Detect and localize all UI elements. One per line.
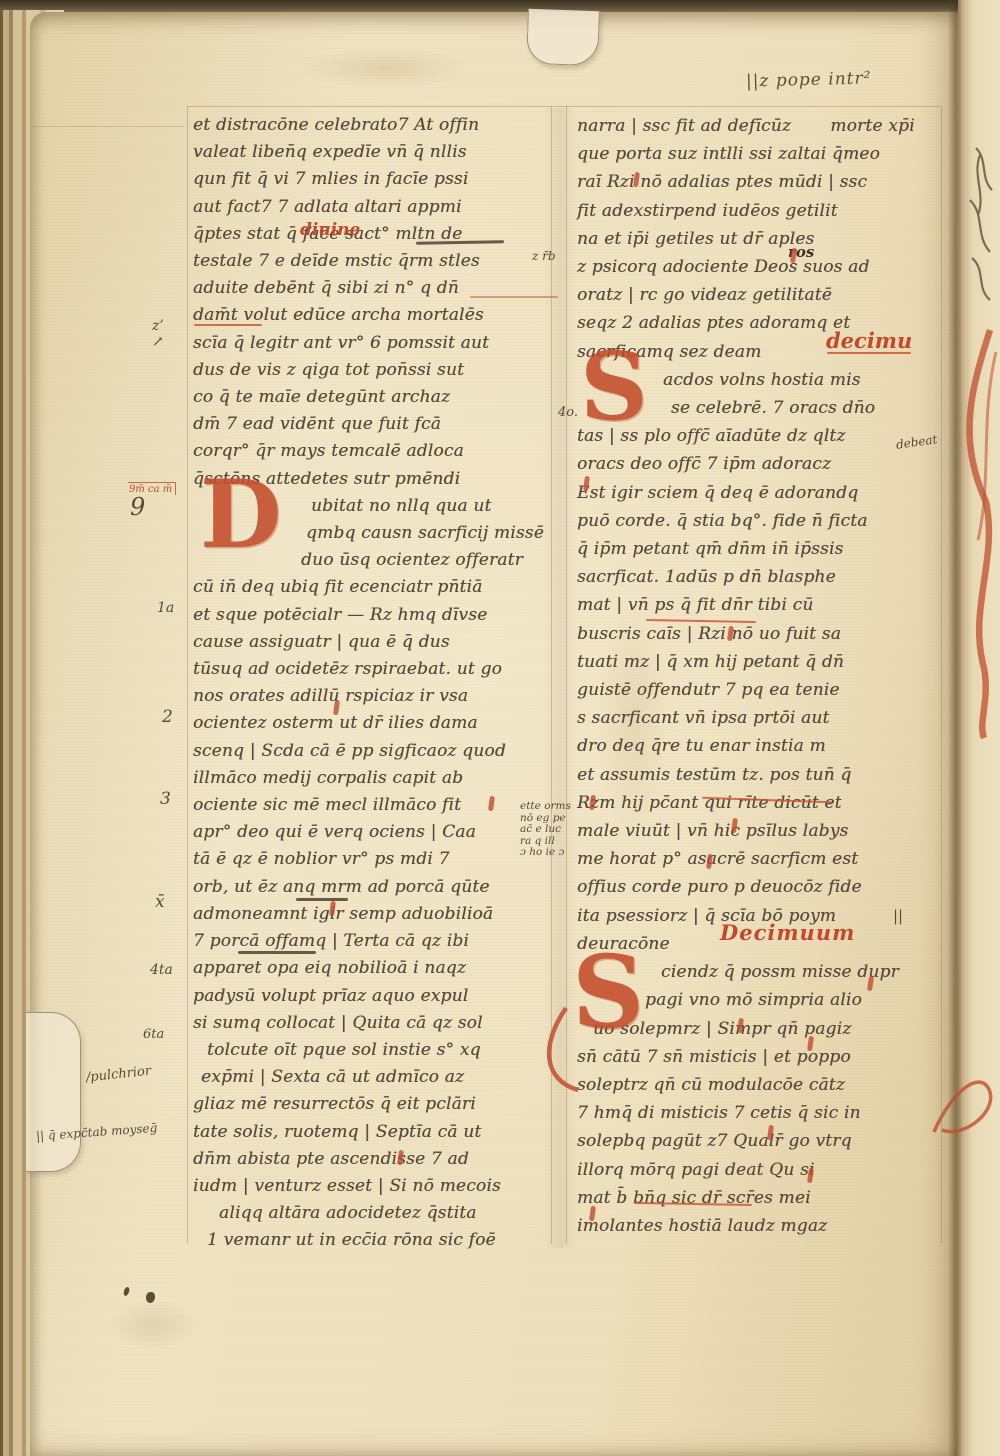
manuscript-line: Rzm hij pc̄ant qui rīte dicūt et [577,789,947,817]
manuscript-line: valeat liben̄q expedīe vn̄ q̄ nllis [193,139,557,166]
manuscript-line: aduite debēnt q̄ sibi zi n° q dn̄ [193,275,557,302]
manuscript-line: z psicorq adociente Deos suos ad [577,253,947,281]
folio-mark: ||z pope intr² [746,70,872,90]
manuscript-line: ociente sic mē mecl illmāco fit [193,792,557,819]
manuscript-line: dn̄m abista pte ascendisse 7 ad [193,1146,557,1173]
margin-mark-paragraph: z’ ↗ [152,318,164,350]
manuscript-line: ubitat no nllq qua ut [311,493,557,520]
manuscript-line: male viuūt | vn̄ hic psīlus labys [577,817,947,845]
manuscript-line: tate solis, ruotemq | Septīa cā ut [193,1119,557,1146]
manuscript-line: orb, ut ēz anq mrm ad porcā qūte [193,874,557,901]
manuscript-line: dro deq q̄re tu enar instia m [577,732,947,760]
manuscript-line: imolantes hostiā laudz mgaz [577,1212,947,1240]
manuscript-line: scīa q̄ legitr ant vr° 6 pomssit aut [193,330,557,357]
parchment-tab-left [26,1012,81,1172]
manuscript-line: 1 vemanr ut in ecc̄ia rōna sic foē [207,1227,557,1254]
margin-numeral-x: x̄ [155,893,165,913]
manuscript-line: apr° deo qui ē verq ociens | Caa [193,819,557,846]
manuscript-line: mat | vn̄ ps q̄ fit dn̄r tibi cū [577,591,947,619]
manuscript-line: et assumis testūm tz. pos tun̄ q̄ [577,761,947,789]
manuscript-line: exp̄mi | Sexta cā ut admīco az [201,1064,557,1091]
manuscript-line: iudm | venturz esset | Si nō mecois [193,1173,557,1200]
manuscript-line: se celebrē. 7 oracs dn̄o [671,394,947,422]
manuscript-line: buscris caīs | Rzi nō uo fuit sa [577,620,947,648]
manuscript-line: q̄ ip̄m petant qm̄ dn̄m in̄ ip̄ssis [577,535,947,563]
manuscript-line: sacrficat. 1adūs p dn̄ blasphe [577,563,947,591]
margin-numeral-4o: 4o. [558,406,578,421]
margin-numeral-1a: 1a [157,600,174,616]
manuscript-line: oracs deo offc̄ 7 ip̄m adoracz [577,450,947,478]
manuscript-line: dus de vis z qiga tot pon̄ssi sut [193,357,557,384]
manuscript-line: soleptrz qn̄ cū modulacōe cātz [577,1071,947,1099]
text-column-right: narra | ssc fit ad defīcūz morte xp̄ique… [577,112,947,1240]
ruling-line [187,106,941,107]
manuscript-line: tolcute oīt pque sol instie s° xq [207,1037,557,1064]
manuscript-line: ocientez osterm ut dr̄ ilies dama [193,710,557,737]
manuscript-line: admoneamnt igir semp aduobilioā [193,901,557,928]
manuscript-line: tūsuq ad ocidetēz rspiraebat. ut go [193,656,557,683]
manuscript-line: aliqq altāra adocidetez q̄stita [219,1200,557,1227]
manuscript-line: oratz | rc go videaz getilitatē [577,281,947,309]
manuscript-line: dm̄ 7 ead vidēnt que fuit fcā [193,411,557,438]
gloss-line: ac̄ e luc [520,824,604,836]
lombard-initial-d: D [200,468,282,562]
manuscript-line: aut fact7 7 adlata altari appmi [193,194,557,221]
manuscript-line: testale 7 e deīde mstic q̄rm stles [193,248,557,275]
strikethrough [238,951,316,954]
rubric-diuine: diuine [300,220,360,240]
manuscript-line: nos orates adillū rspiciaz ir vsa [193,683,557,710]
intercolumn-gloss: ette ormsnō eg peac̄ e lucra q illɔ ho i… [520,778,604,859]
manuscript-line: gliaz mē resurrectōs q̄ eit pclāri [193,1091,557,1118]
manuscript-line: offius corde puro p deuocōz fide [577,873,947,901]
lombard-initial-s2: S [572,942,644,1042]
manuscript-line: si sumq collocat | Quita cā qz sol [193,1010,557,1037]
manuscript-line: illorq mōrq pagi deat Qu si [577,1156,947,1184]
margin-numeral-9: 9 [130,494,145,522]
parchment-tab-top [526,9,600,66]
ruling-line [187,106,188,1244]
manuscript-line: cū in̄ deq ubiq fit ecenciatr pn̄tiā [193,574,557,601]
manuscript-line: mat b̄ bn̄q sic dr̄ scr̄es mei [577,1184,947,1212]
manuscript-line: puō corde. q̄ stia bq°. fide n̄ ficta [577,507,947,535]
margin-numeral-6ta: 6ta [143,1028,164,1043]
manuscript-line: scenq | Scda cā ē pp sigficaoz quod [193,738,557,765]
manuscript-line: cause assiguatr | qua ē q̄ dus [193,629,557,656]
interlinear-note: z r̄b [532,250,556,264]
manuscript-line: Est igir sciem q̄ deq ē adorandq [577,479,947,507]
manuscript-line: duo ūsq ocientez offeratr [301,547,557,574]
manuscript-line: s sacrficant vn̄ ipsa prtōi aut [577,704,947,732]
manuscript-line: q̄ptes stat q̄ fac̄e sact° mltn de [193,221,557,248]
manuscript-line: 7 hmq̄ di misticis 7 cetis q̄ sic in [577,1099,947,1127]
manuscript-line: padysū volupt prīaz aquo expul [193,983,557,1010]
manuscript-photo: ||z pope intr² et distracōne celebrato7 … [0,0,1000,1456]
manuscript-line: illmāco medij corpalis capit ab [193,765,557,792]
manuscript-line: solepbq pagūt z7 Qualr̄ go vtrq [577,1127,947,1155]
lombard-initial-s1: S [580,340,648,434]
manuscript-line: ciendz q̄ possm misse dupr [661,958,947,986]
manuscript-line: uo solepmrz | Simpr qn̄ pagiz [593,1015,947,1043]
page-gutter-shadow [948,0,962,1456]
ruling-line [32,126,184,127]
manuscript-line: qun fit q̄ vi 7 mlies in facīe pssi [193,166,557,193]
manuscript-line: narra | ssc fit ad defīcūz morte xp̄i [577,112,947,140]
manuscript-line: pagi vno mō simpria alio [645,986,947,1014]
manuscript-line: co q̄ te maīe detegūnt archaz [193,384,557,411]
manuscript-line: qmbq causn sacrficij missē [306,520,557,547]
margin-numeral-3: 3 [160,790,171,810]
margin-mark-double-bar: || [893,908,903,925]
strikethrough [296,898,348,901]
manuscript-line: que porta suz intlli ssi zaltai q̄meo [577,140,947,168]
manuscript-line: na et ip̄i getiles ut dr̄ aples [577,225,947,253]
rubric-heading-decimum: Decimuum [720,920,855,945]
manuscript-line: apparet opa eiq nobilioā i naqz [193,955,557,982]
rubric-heading-decimu: decimu [826,328,912,353]
manuscript-line: et distracōne celebrato7 At offin [193,112,557,139]
margin-numeral-4ta: 4ta [150,962,173,978]
manuscript-line: acdos volns hostia mis [663,366,947,394]
manuscript-line: me horat p° asacrē sacrficm est [577,845,947,873]
manuscript-line: fit adexstirpend iudēos getilit [577,197,947,225]
manuscript-line: et sque potēcialr — Rz hmq dīvse [193,602,557,629]
manuscript-line: tuati mz | q̄ xm hij petant q̄ dn̄ [577,648,947,676]
adjacent-folio-edge [958,0,1000,1456]
margin-numeral-2: 2 [162,708,173,728]
manuscript-line: guistē offendutr 7 pq ea tenie [577,676,947,704]
text-column-left: et distracōne celebrato7 At offinvaleat … [193,112,557,1255]
gloss-line: ɔ ho ie ɔ [520,847,604,859]
manuscript-line: tā ē qz ē noblior vr° ps mdi 7 [193,846,557,873]
